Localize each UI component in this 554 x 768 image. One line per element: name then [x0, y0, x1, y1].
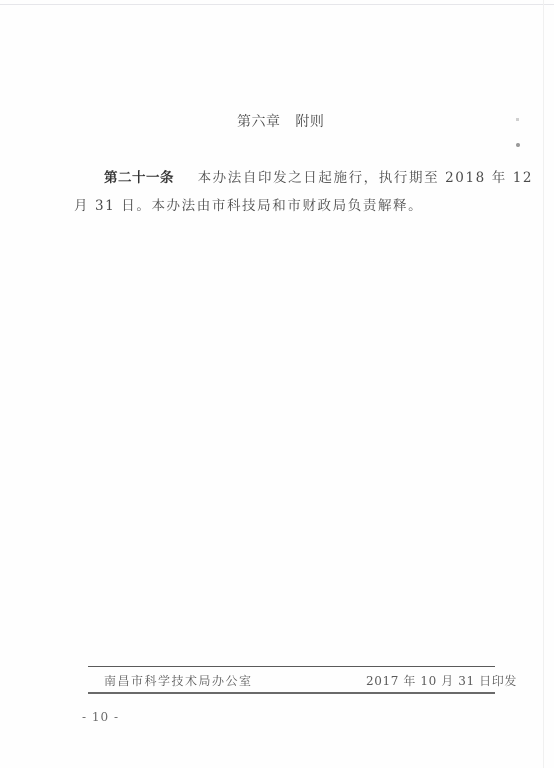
footer-rule-bottom — [88, 692, 495, 694]
scan-dot — [516, 143, 520, 147]
article-text-1: 本办法自印发之日起施行，执行期至 2018 年 12 — [198, 170, 534, 186]
footer-issue-date: 2017 年 10 月 31 日印发 — [366, 672, 517, 689]
article-line-2: 月 31 日。本办法由市科技局和市财政局负责解释。 — [74, 194, 423, 214]
scan-edge-top — [0, 4, 554, 5]
chapter-title: 第六章 附则 — [237, 111, 324, 131]
footer-issuer: 南昌市科学技术局办公室 — [104, 672, 253, 689]
article-line-1: 第二十一条 本办法自印发之日起施行，执行期至 2018 年 12 — [104, 166, 533, 186]
page-number: - 10 - — [82, 710, 119, 724]
footer-rule-top — [88, 666, 495, 667]
scan-edge-right — [543, 0, 544, 768]
article-number: 第二十一条 — [104, 170, 174, 186]
scan-speck — [516, 118, 519, 121]
document-page: 第六章 附则 第二十一条 本办法自印发之日起施行，执行期至 2018 年 12 … — [0, 0, 554, 768]
